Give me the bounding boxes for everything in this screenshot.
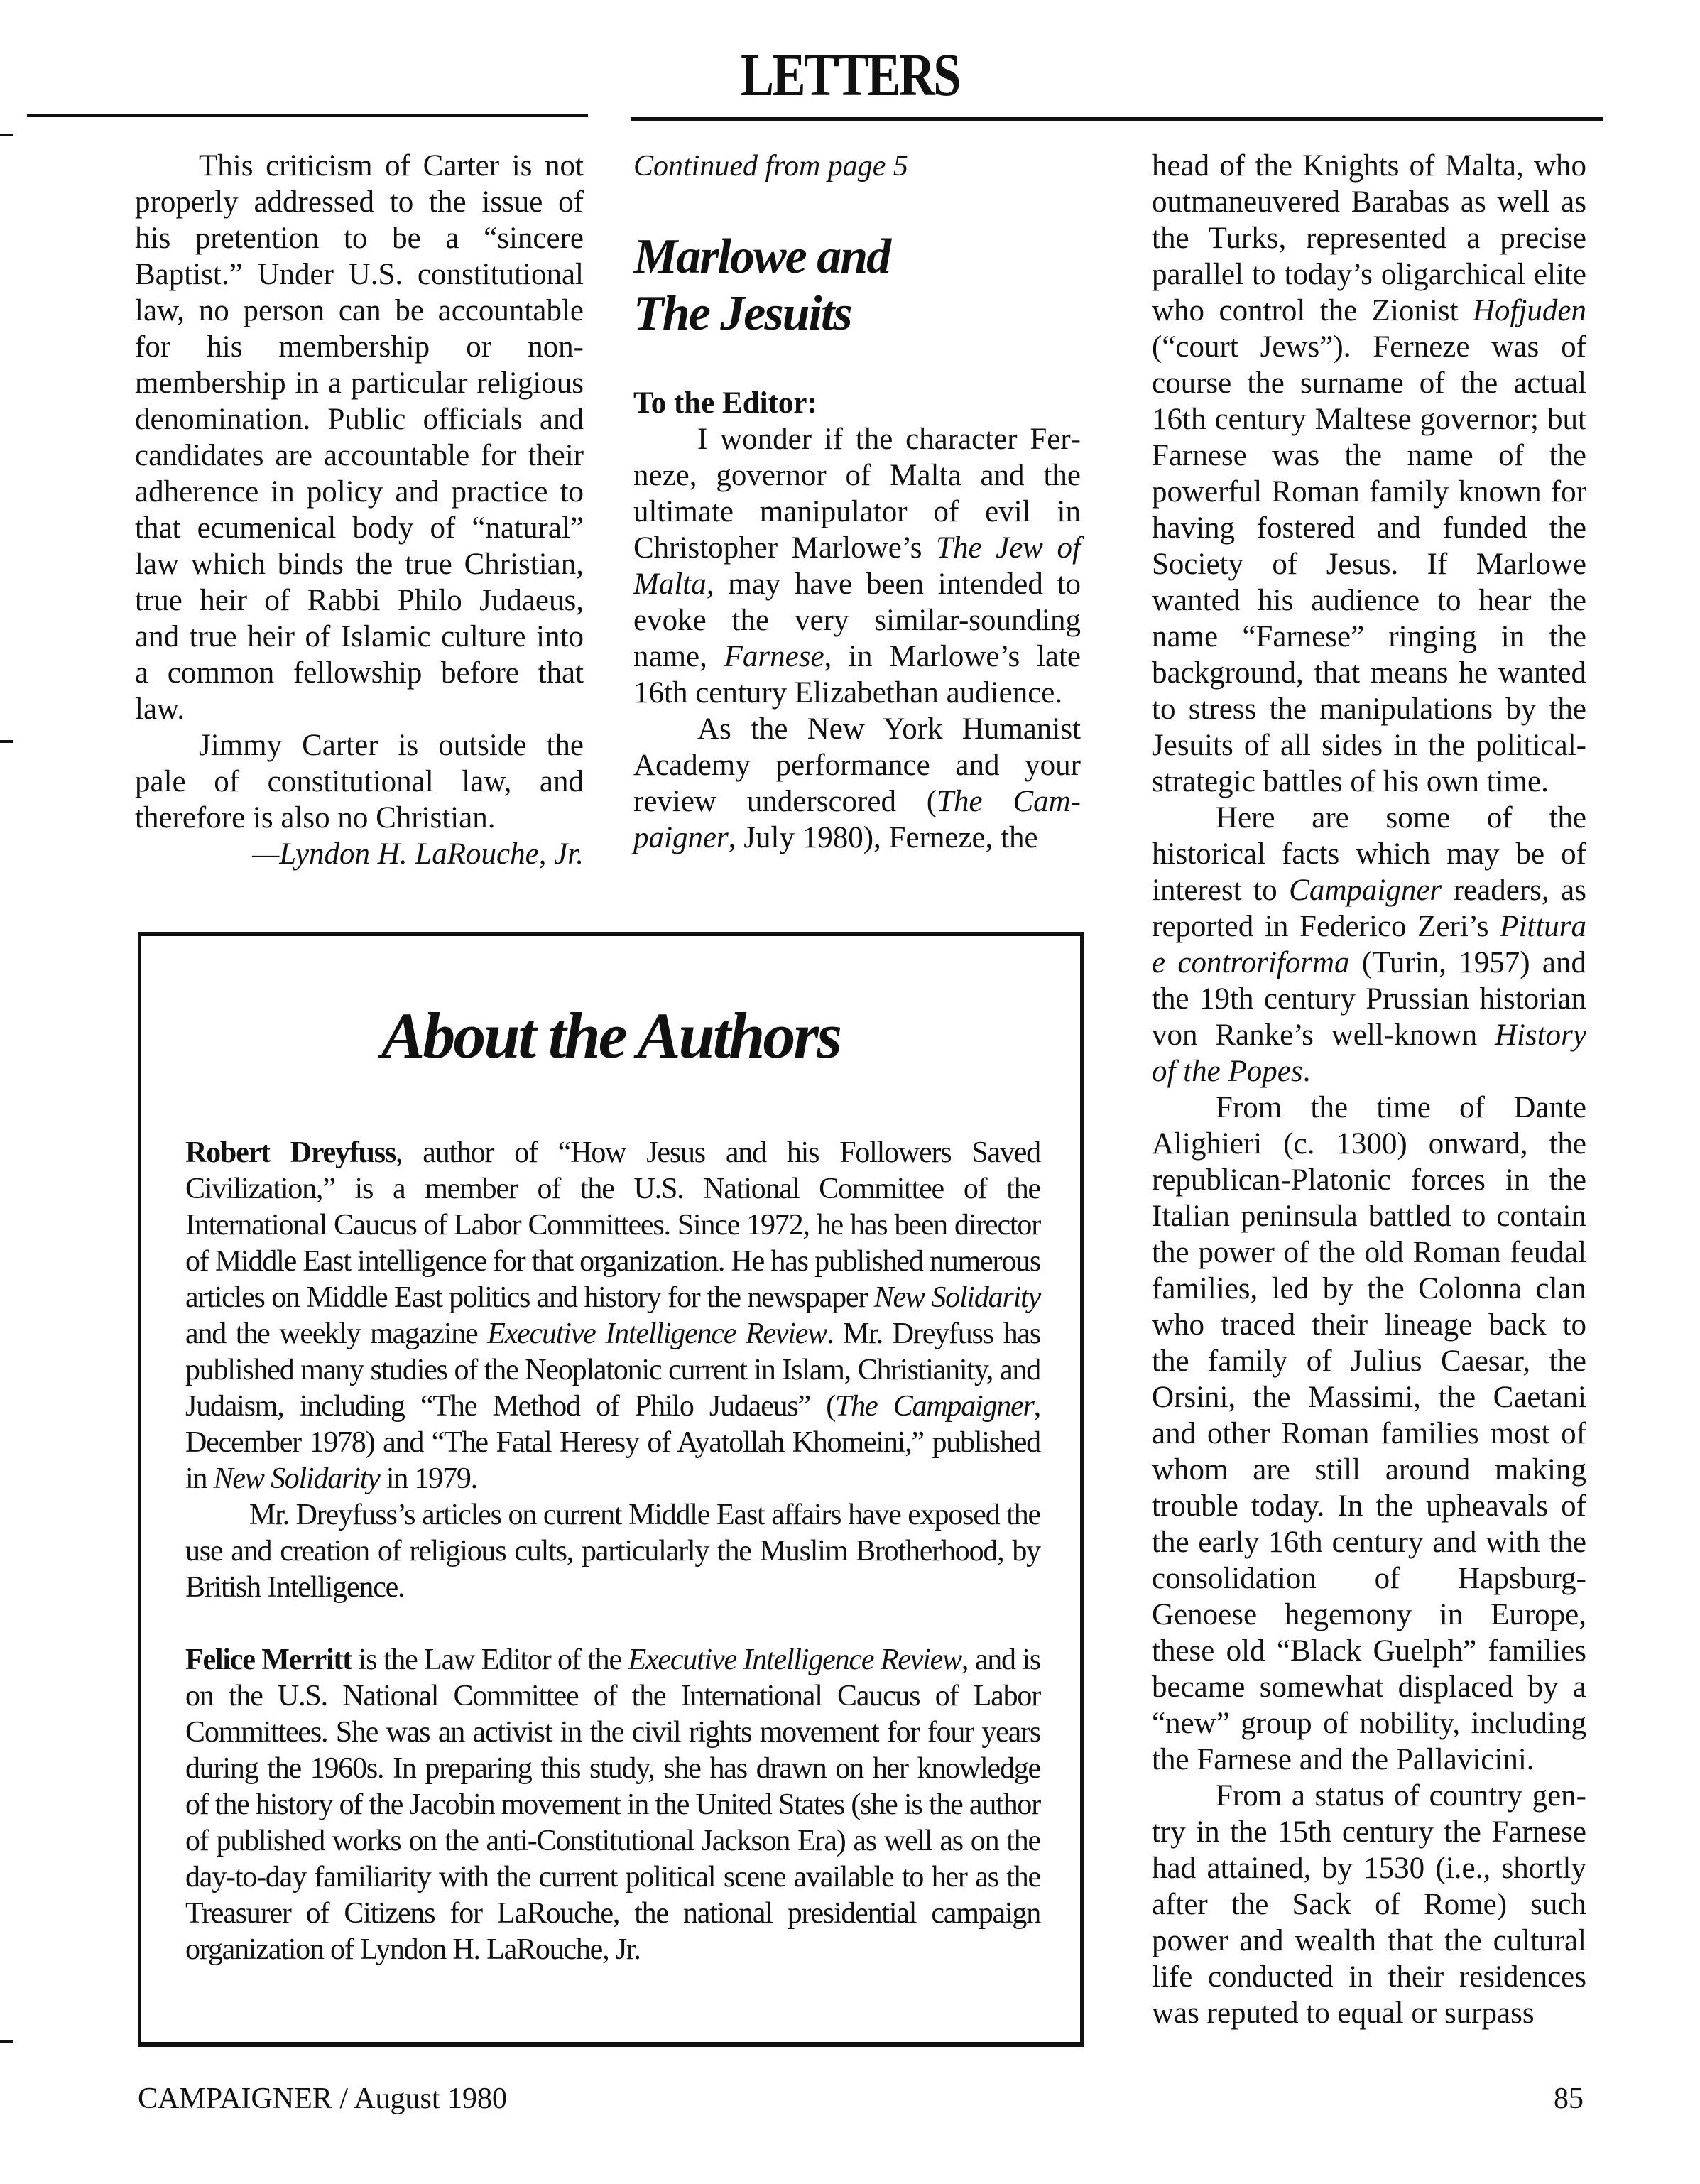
paragraph: From a status of country gen­try in the …	[1152, 1778, 1586, 2031]
about-authors-title: About the Authors	[141, 1000, 1080, 1071]
letter-paragraph: This criticism of Carter is not properly…	[135, 148, 584, 727]
text-run: , and is on the U.S. National Committee …	[185, 1644, 1040, 1966]
salutation: To the Editor:	[633, 385, 1081, 421]
italic-text: New Solidarity	[874, 1281, 1040, 1314]
paragraph: Felice Merritt is the Law Editor of the …	[185, 1642, 1040, 1968]
text-run: , July 1980), Ferneze, the	[729, 821, 1038, 854]
footer-publication: CAMPAIGNER / August 1980	[138, 2081, 507, 2117]
italic-text: Farnese	[724, 640, 824, 673]
italic-text: Executive Intelligence Review	[628, 1644, 961, 1676]
letter-body: I wonder if the character Fer­neze, gove…	[633, 421, 1081, 856]
letter-column-3: head of the Knights of Malta, who outman…	[1152, 148, 1586, 2031]
text-run: in 1979.	[380, 1462, 477, 1495]
text-run: From the time of Dante Alighieri (c. 130…	[1152, 1091, 1586, 1776]
author-name: Felice Merritt	[185, 1644, 352, 1676]
text-run: .	[1303, 1055, 1311, 1088]
text-run: (“court Jews”). Ferneze was of course th…	[1152, 330, 1586, 798]
scan-edge-mark	[0, 2040, 13, 2043]
paragraph: head of the Knights of Malta, who outman…	[1152, 148, 1586, 800]
paragraph: Robert Dreyfuss, author of “How Jesus an…	[185, 1135, 1040, 1497]
footer-page-number: 85	[1554, 2081, 1584, 2117]
continued-note: Continued from page 5	[633, 148, 1081, 185]
text-run: From a status of country gen­try in the …	[1152, 1779, 1586, 2030]
about-authors-box: About the Authors Robert Dreyfuss, autho…	[138, 932, 1084, 2047]
paragraph: From the time of Dante Alighieri (c. 130…	[1152, 1090, 1586, 1778]
author-bios: Robert Dreyfuss, author of “How Jesus an…	[141, 1071, 1080, 1968]
italic-text: The Campaigner	[835, 1390, 1034, 1423]
text-run: Mr. Dreyfuss’s articles on current Middl…	[185, 1499, 1040, 1604]
paragraph: As the New York Humanist Academy perform…	[633, 711, 1081, 856]
text-run: is the Law Editor of the	[352, 1644, 628, 1676]
headline-line: The Jesuits	[633, 286, 1081, 342]
author-name: Robert Dreyfuss	[185, 1136, 396, 1169]
italic-text: New Solidarity	[214, 1462, 380, 1495]
headline-line: Marlowe and	[633, 229, 1081, 286]
italic-text: Hofjuden	[1473, 294, 1586, 327]
section-masthead: LETTERS	[153, 44, 1547, 105]
letter-signature: —Lyndon H. LaRouche, Jr.	[135, 836, 584, 872]
text-run: and the weekly magazine	[185, 1318, 487, 1350]
letter-column-2: Continued from page 5 Marlowe and The Je…	[633, 148, 1081, 856]
scan-edge-mark	[0, 740, 13, 743]
paragraph: I wonder if the character Fer­neze, gove…	[633, 421, 1081, 711]
italic-text: Executive Intelligence Review	[487, 1318, 827, 1350]
italic-text: Campaigner	[1289, 874, 1442, 907]
paragraph: Here are some of the historical facts wh…	[1152, 800, 1586, 1090]
scan-edge-mark	[0, 134, 13, 136]
masthead-rule-right	[631, 117, 1603, 121]
masthead-rule-left	[27, 114, 588, 117]
letter-paragraph: Jimmy Carter is outside the pale of cons…	[135, 727, 584, 836]
letter-headline: Marlowe and The Jesuits	[633, 229, 1081, 342]
letter-body-continued: head of the Knights of Malta, who outman…	[1152, 148, 1586, 2031]
paragraph: Mr. Dreyfuss’s articles on current Middl…	[185, 1497, 1040, 1606]
letter-column-1: This criticism of Carter is not properly…	[135, 148, 584, 872]
